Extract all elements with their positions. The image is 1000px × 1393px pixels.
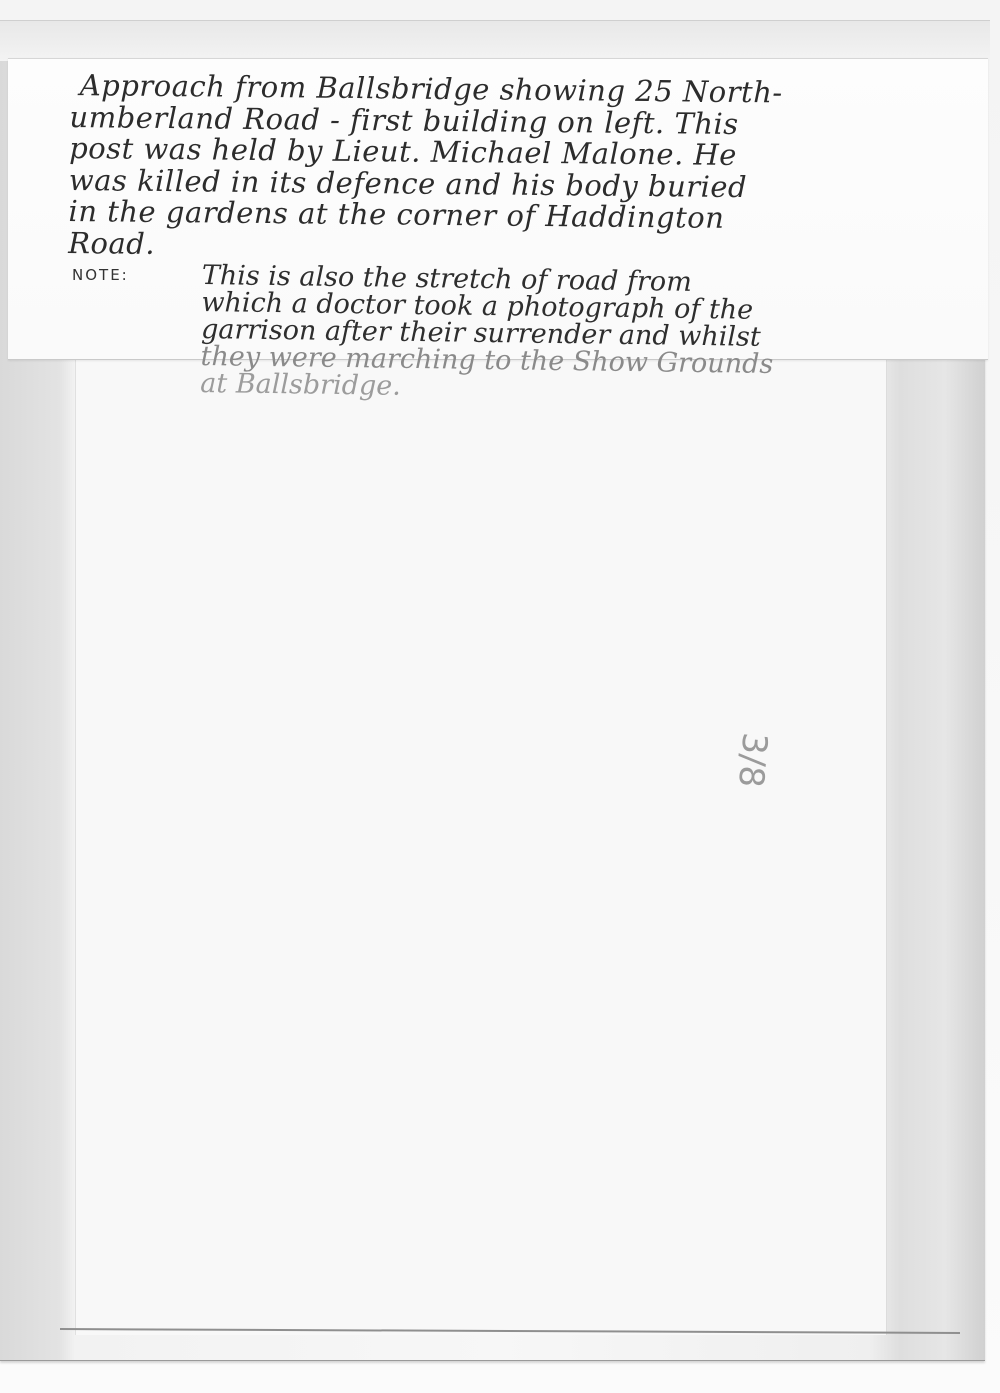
reference-mark: 3/8: [730, 731, 775, 789]
envelope-top-fold: [0, 20, 990, 61]
envelope-inner-panel: [75, 360, 887, 1335]
note-label: NOTE:: [72, 266, 129, 284]
caption-text: Approach from Ballsbridge showing 25 Nor…: [68, 70, 970, 268]
note-text: This is also the stretch of road from wh…: [200, 262, 774, 405]
